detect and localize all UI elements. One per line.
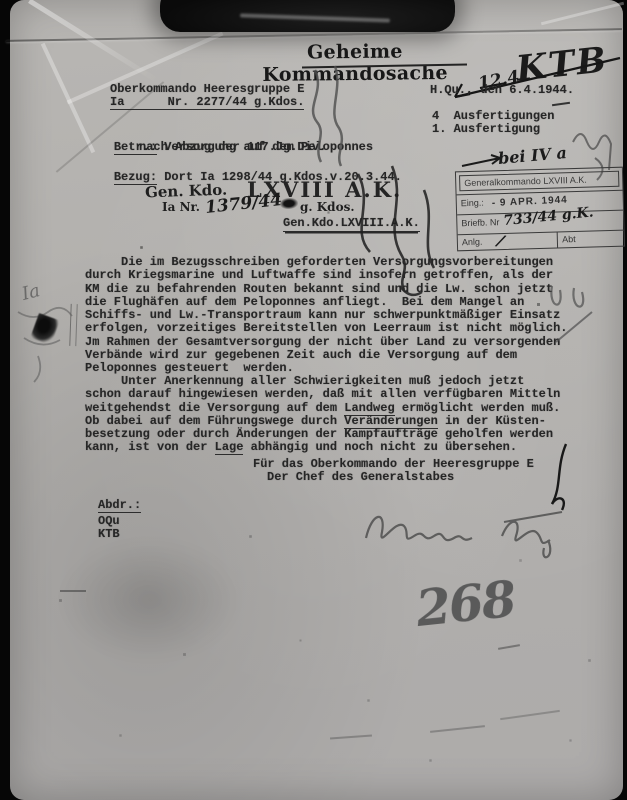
eingang-date-stamp: - 9 APR. 1944	[492, 195, 568, 209]
body-paragraph-2: Unter Anerkennung aller Schwierigkeiten …	[85, 375, 560, 455]
body-paragraph-1: Die im Bezugsschreiben geforderten Verso…	[85, 256, 567, 376]
stamp-ink-smudge	[280, 197, 299, 209]
anlagen-label: Anlg.	[462, 237, 483, 248]
distribution-label: Abdr.:	[98, 499, 141, 513]
signature-scribble	[352, 492, 582, 572]
stamp-ia-nr-label: Ia Nr.	[162, 200, 200, 214]
eingang-label: Eing.:	[461, 198, 484, 209]
receipt-stamp-title: Generalkommando LXVIII A.K.	[459, 171, 619, 191]
handwritten-arrow	[440, 50, 625, 110]
receipt-stamp: Generalkommando LXVIII A.K. Eing.:- 9 AP…	[455, 167, 625, 252]
document-scan: Geheime Kommandosache 12.4. KTB Oberkomm…	[0, 0, 627, 800]
margin-scribble	[8, 298, 78, 393]
copies-line-2: 1. Ausfertigung	[432, 123, 540, 136]
closing-line-2: Der Chef des Generalstabes	[267, 471, 454, 484]
abteilung-cell: Abt	[557, 231, 624, 248]
place-date-line: H.Qu., den 6.4.1944.	[430, 84, 574, 97]
distribution-item: KTB	[98, 528, 120, 541]
anlagen-cell: Anlg. /	[458, 233, 558, 251]
anlagen-check-mark: /	[495, 231, 506, 251]
pencil-scribble-body	[540, 278, 615, 353]
page-number-annotation: 268	[413, 569, 517, 638]
routing-arrow	[460, 152, 505, 172]
sender-reference-line: Ia Nr. 2277/44 g.Kdos.	[110, 96, 304, 110]
margin-dash	[60, 590, 86, 592]
pencil-scribble	[295, 62, 365, 172]
briefbuch-label: Briefb. Nr	[461, 217, 499, 228]
paper-speckles	[0, 0, 1, 1]
